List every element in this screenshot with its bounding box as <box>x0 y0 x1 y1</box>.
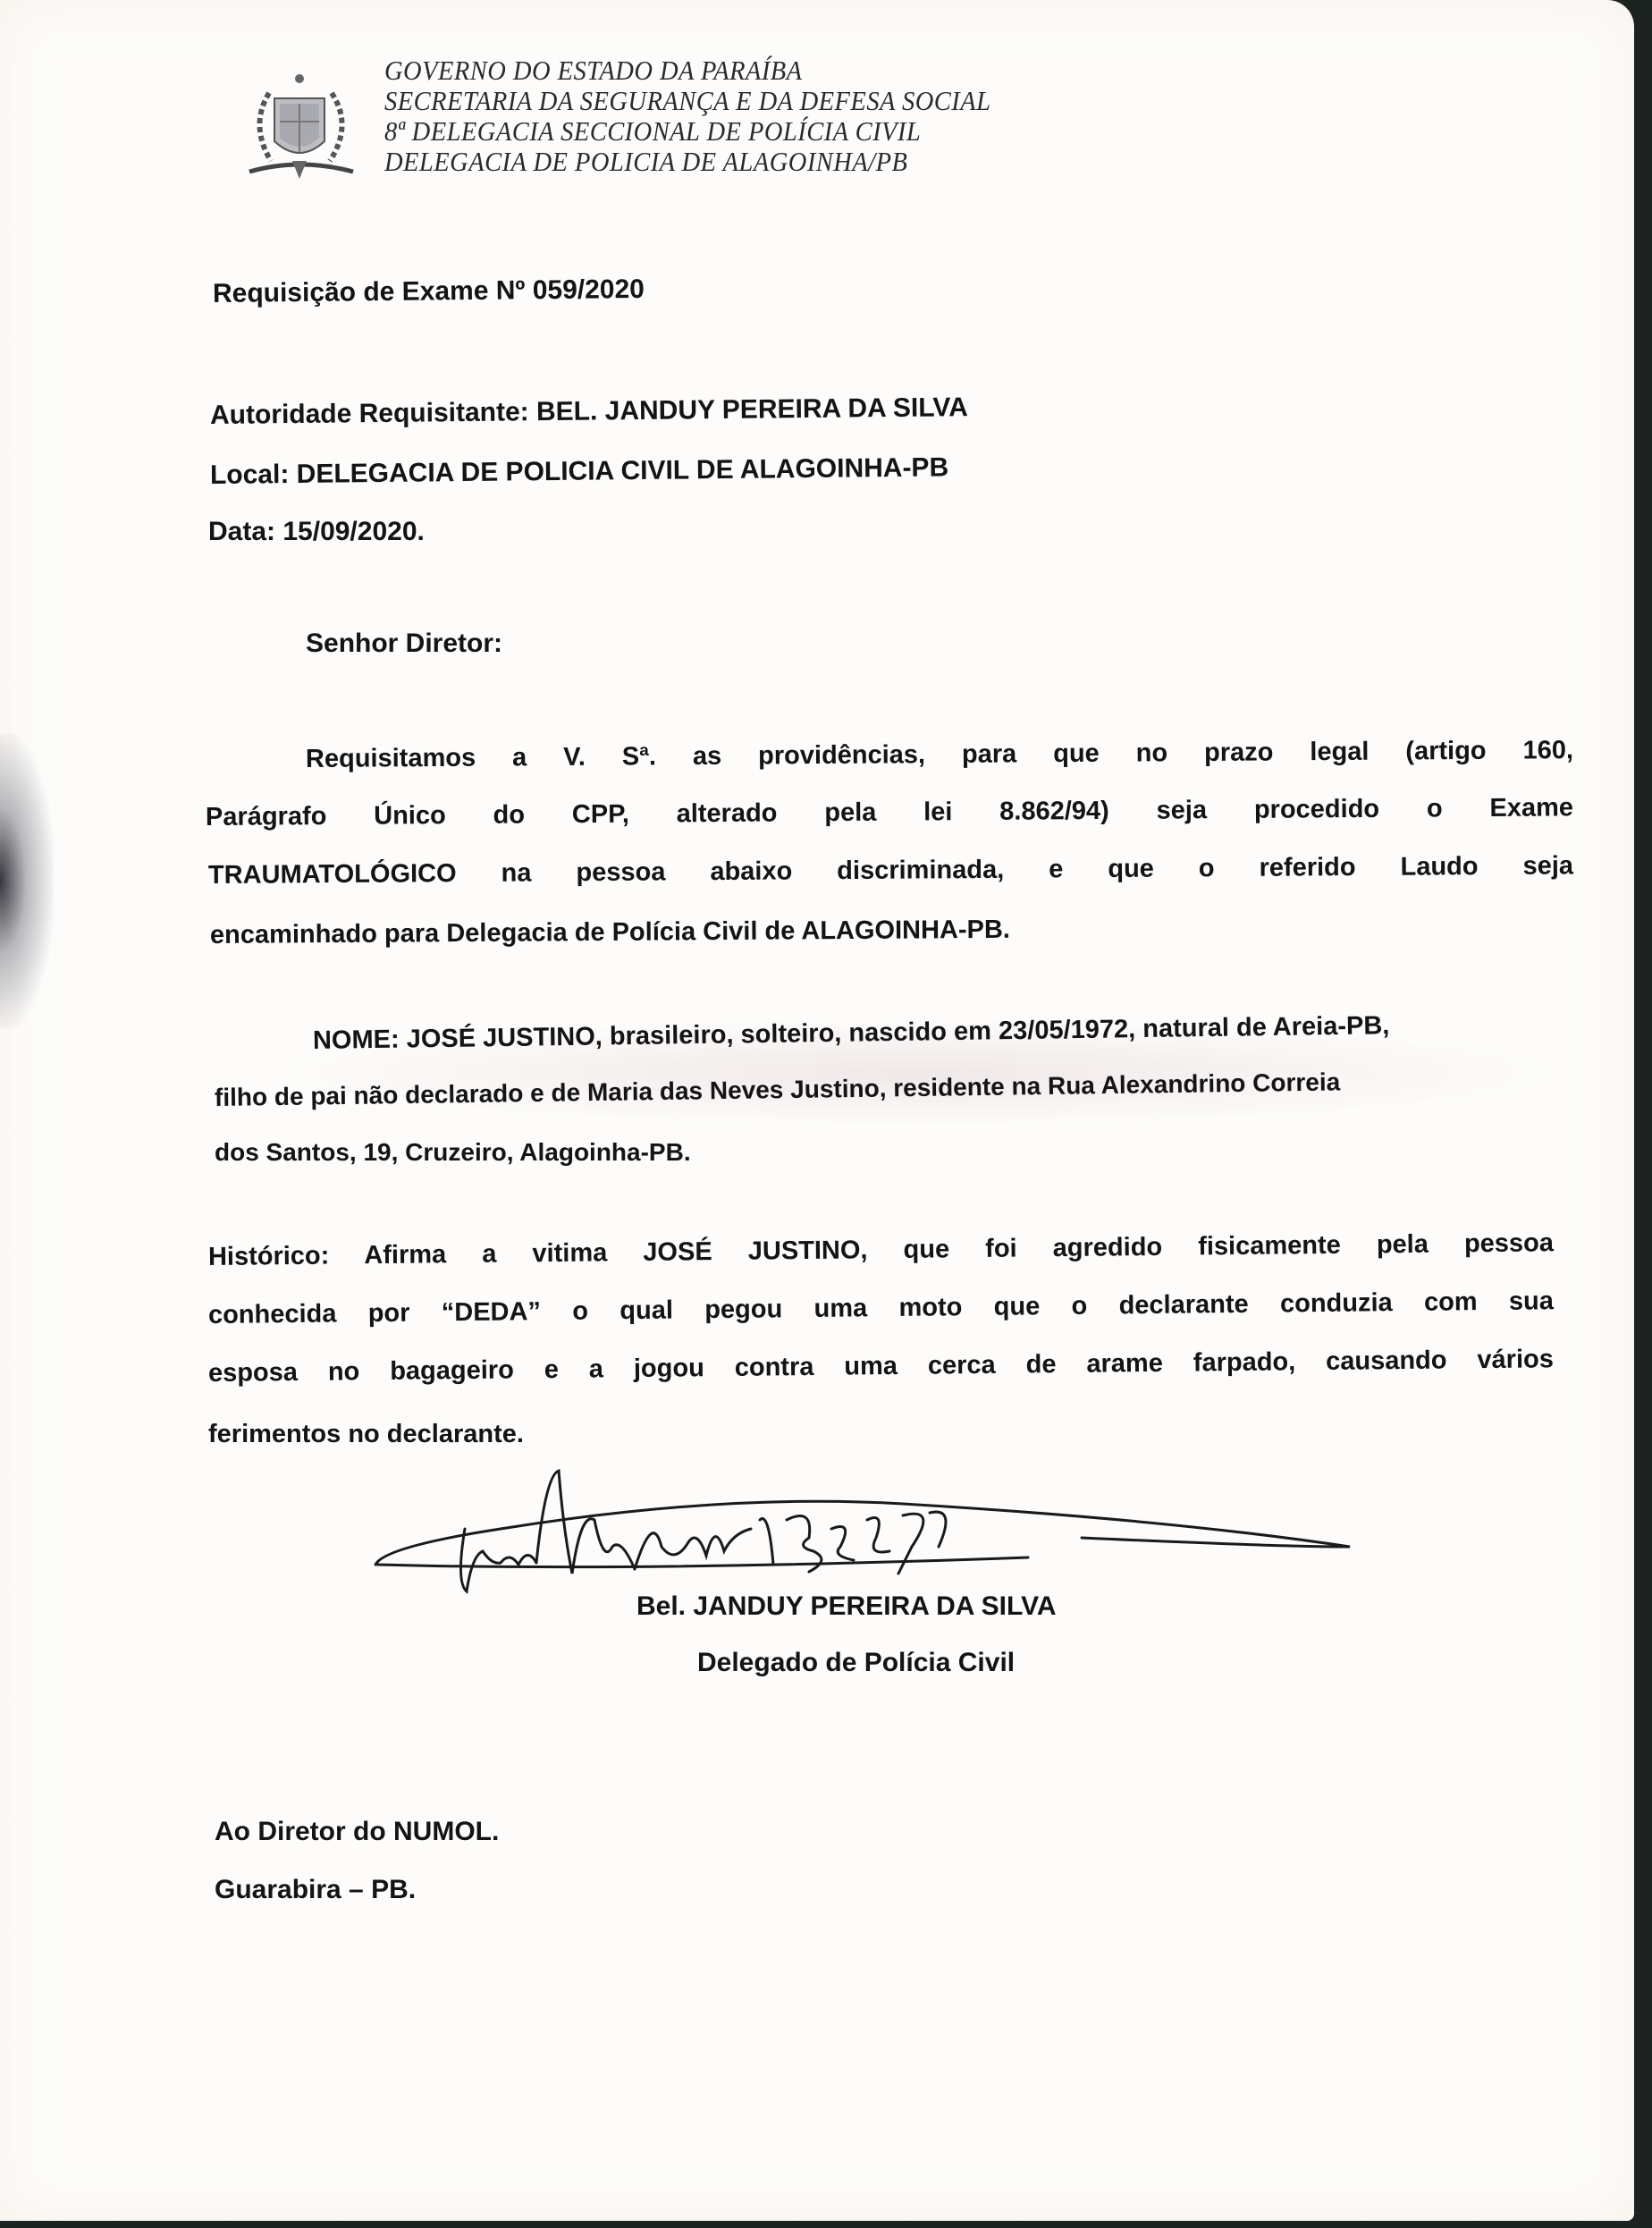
addressee-line-2: Guarabira – PB. <box>215 1875 416 1905</box>
local-label: Local: <box>210 460 290 490</box>
handwritten-signature <box>367 1457 1421 1609</box>
scan-edge-shadow <box>0 733 54 1028</box>
paraiba-coat-of-arms-icon <box>244 72 360 186</box>
paragraph-line-3: TRAUMATOLÓGICO na pessoa abaixo discrimi… <box>208 851 1573 890</box>
date-label: Data: <box>208 517 275 546</box>
history-line-1: Histórico: Afirma a vitima JOSÉ JUSTINO,… <box>208 1228 1554 1272</box>
salutation: Senhor Diretor: <box>306 629 502 659</box>
date-line: Data: 15/09/2020. <box>208 517 425 547</box>
paragraph-line-1: Requisitamos a V. Sª. as providências, p… <box>306 736 1573 774</box>
local-line: Local: DELEGACIA DE POLICIA CIVIL DE ALA… <box>210 452 948 491</box>
signatory-role: Delegado de Polícia Civil <box>697 1648 1015 1678</box>
authority-label: Autoridade Requisitante: <box>210 397 529 430</box>
letterhead-line-delegacia: DELEGACIA DE POLICIA DE ALAGOINHA/PB <box>384 147 1191 177</box>
addressee-line-1: Ao Diretor do NUMOL. <box>215 1817 499 1847</box>
history-line-3: esposa no bagageiro e a jogou contra uma… <box>208 1345 1554 1388</box>
document-page: GOVERNO DO ESTADO DA PARAÍBA SECRETARIA … <box>0 0 1634 2221</box>
letterhead-line-government: GOVERNO DO ESTADO DA PARAÍBA <box>384 55 1191 86</box>
authority-line: Autoridade Requisitante: BEL. JANDUY PER… <box>210 392 968 431</box>
person-line-3: dos Santos, 19, Cruzeiro, Alagoinha-PB. <box>215 1138 691 1167</box>
signatory-name: Bel. JANDUY PEREIRA DA SILVA <box>636 1591 1057 1622</box>
paragraph-line-2: Parágrafo Único do CPP, alterado pela le… <box>206 793 1573 832</box>
letterhead-text: GOVERNO DO ESTADO DA PARAÍBA SECRETARIA … <box>384 55 1191 177</box>
authority-value: BEL. JANDUY PEREIRA DA SILVA <box>536 392 968 426</box>
history-line-4: ferimentos no declarante. <box>208 1420 524 1449</box>
date-value: 15/09/2020. <box>282 517 424 546</box>
letterhead-line-secretariat: SECRETARIA DA SEGURANÇA E DA DEFESA SOCI… <box>384 86 1191 116</box>
paragraph-line-4: encaminhado para Delegacia de Polícia Ci… <box>210 916 1010 950</box>
request-title: Requisição de Exame Nº 059/2020 <box>213 274 645 309</box>
letterhead-line-sectional: 8ª DELEGACIA SECCIONAL DE POLÍCIA CIVIL <box>384 116 1191 147</box>
local-value: DELEGACIA DE POLICIA CIVIL DE ALAGOINHA-… <box>297 452 949 489</box>
history-line-2: conhecida por “DEDA” o qual pegou uma mo… <box>208 1287 1554 1330</box>
